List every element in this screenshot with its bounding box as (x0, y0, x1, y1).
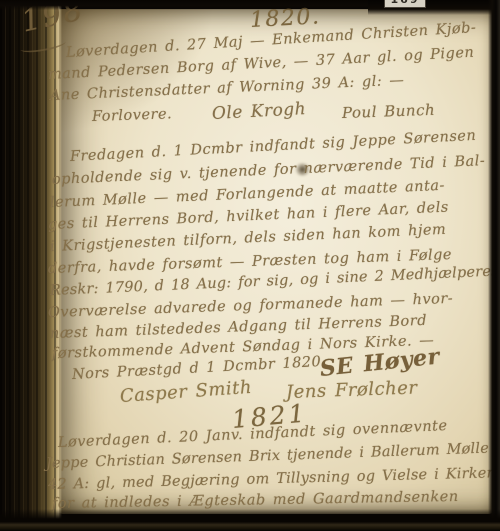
archival-number-label: 169 (384, 0, 426, 8)
right-scan-border (488, 0, 500, 531)
witnesses-label: Forlovere. (92, 107, 173, 124)
year-heading-1820: 1820. (249, 6, 321, 32)
bottom-scan-border (0, 509, 500, 531)
witness-poul-bunch: Poul Bunch (342, 103, 436, 121)
witness-ole-krogh: Ole Krogh (212, 101, 307, 123)
scanned-register-page: 198 1820. Løverdagen d. 27 Maj — Enkeman… (0, 0, 500, 531)
